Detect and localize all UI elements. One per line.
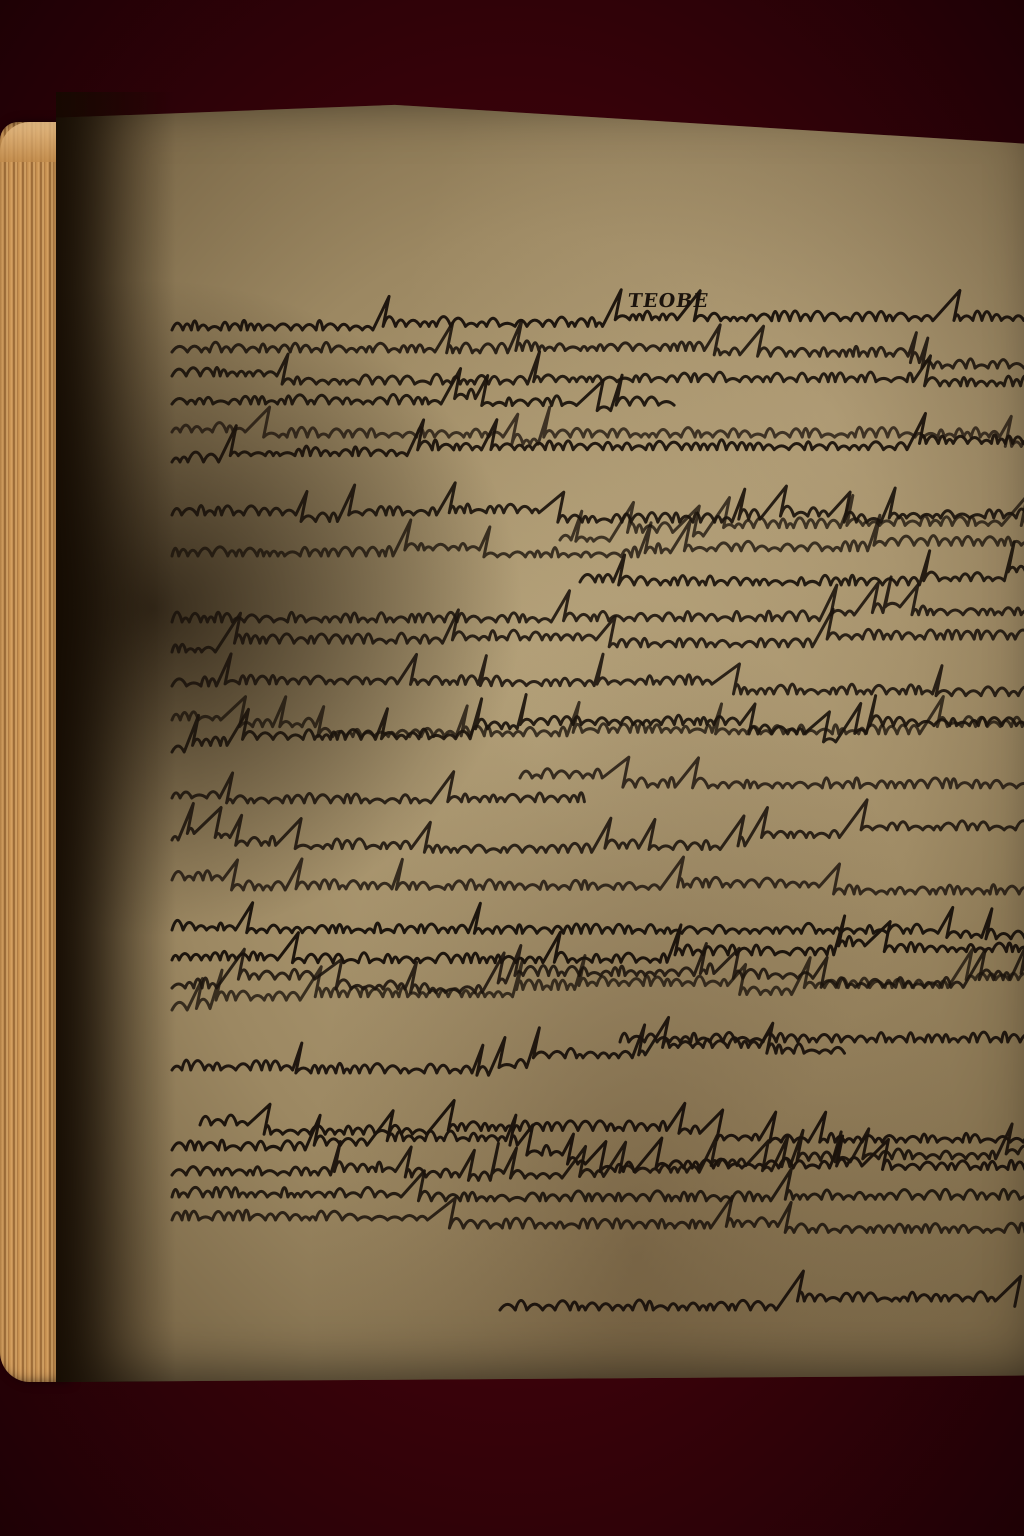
script-line [172, 1196, 1024, 1238]
handwritten-text [0, 0, 1024, 1536]
script-line [172, 286, 1024, 330]
script-line [172, 409, 1024, 462]
script-line [172, 697, 1024, 737]
script-line [172, 772, 584, 803]
script-line [172, 352, 1024, 386]
script-line [172, 857, 1024, 894]
script-line [172, 797, 1024, 853]
script-line [520, 756, 1024, 788]
script-line [500, 1271, 1021, 1310]
script-line [620, 1032, 1024, 1042]
script-line [172, 916, 1024, 963]
script-line [200, 1100, 1024, 1142]
script-line [172, 1017, 844, 1075]
script-line [172, 407, 1024, 446]
script-line [172, 654, 1024, 696]
script-line [172, 483, 1024, 522]
